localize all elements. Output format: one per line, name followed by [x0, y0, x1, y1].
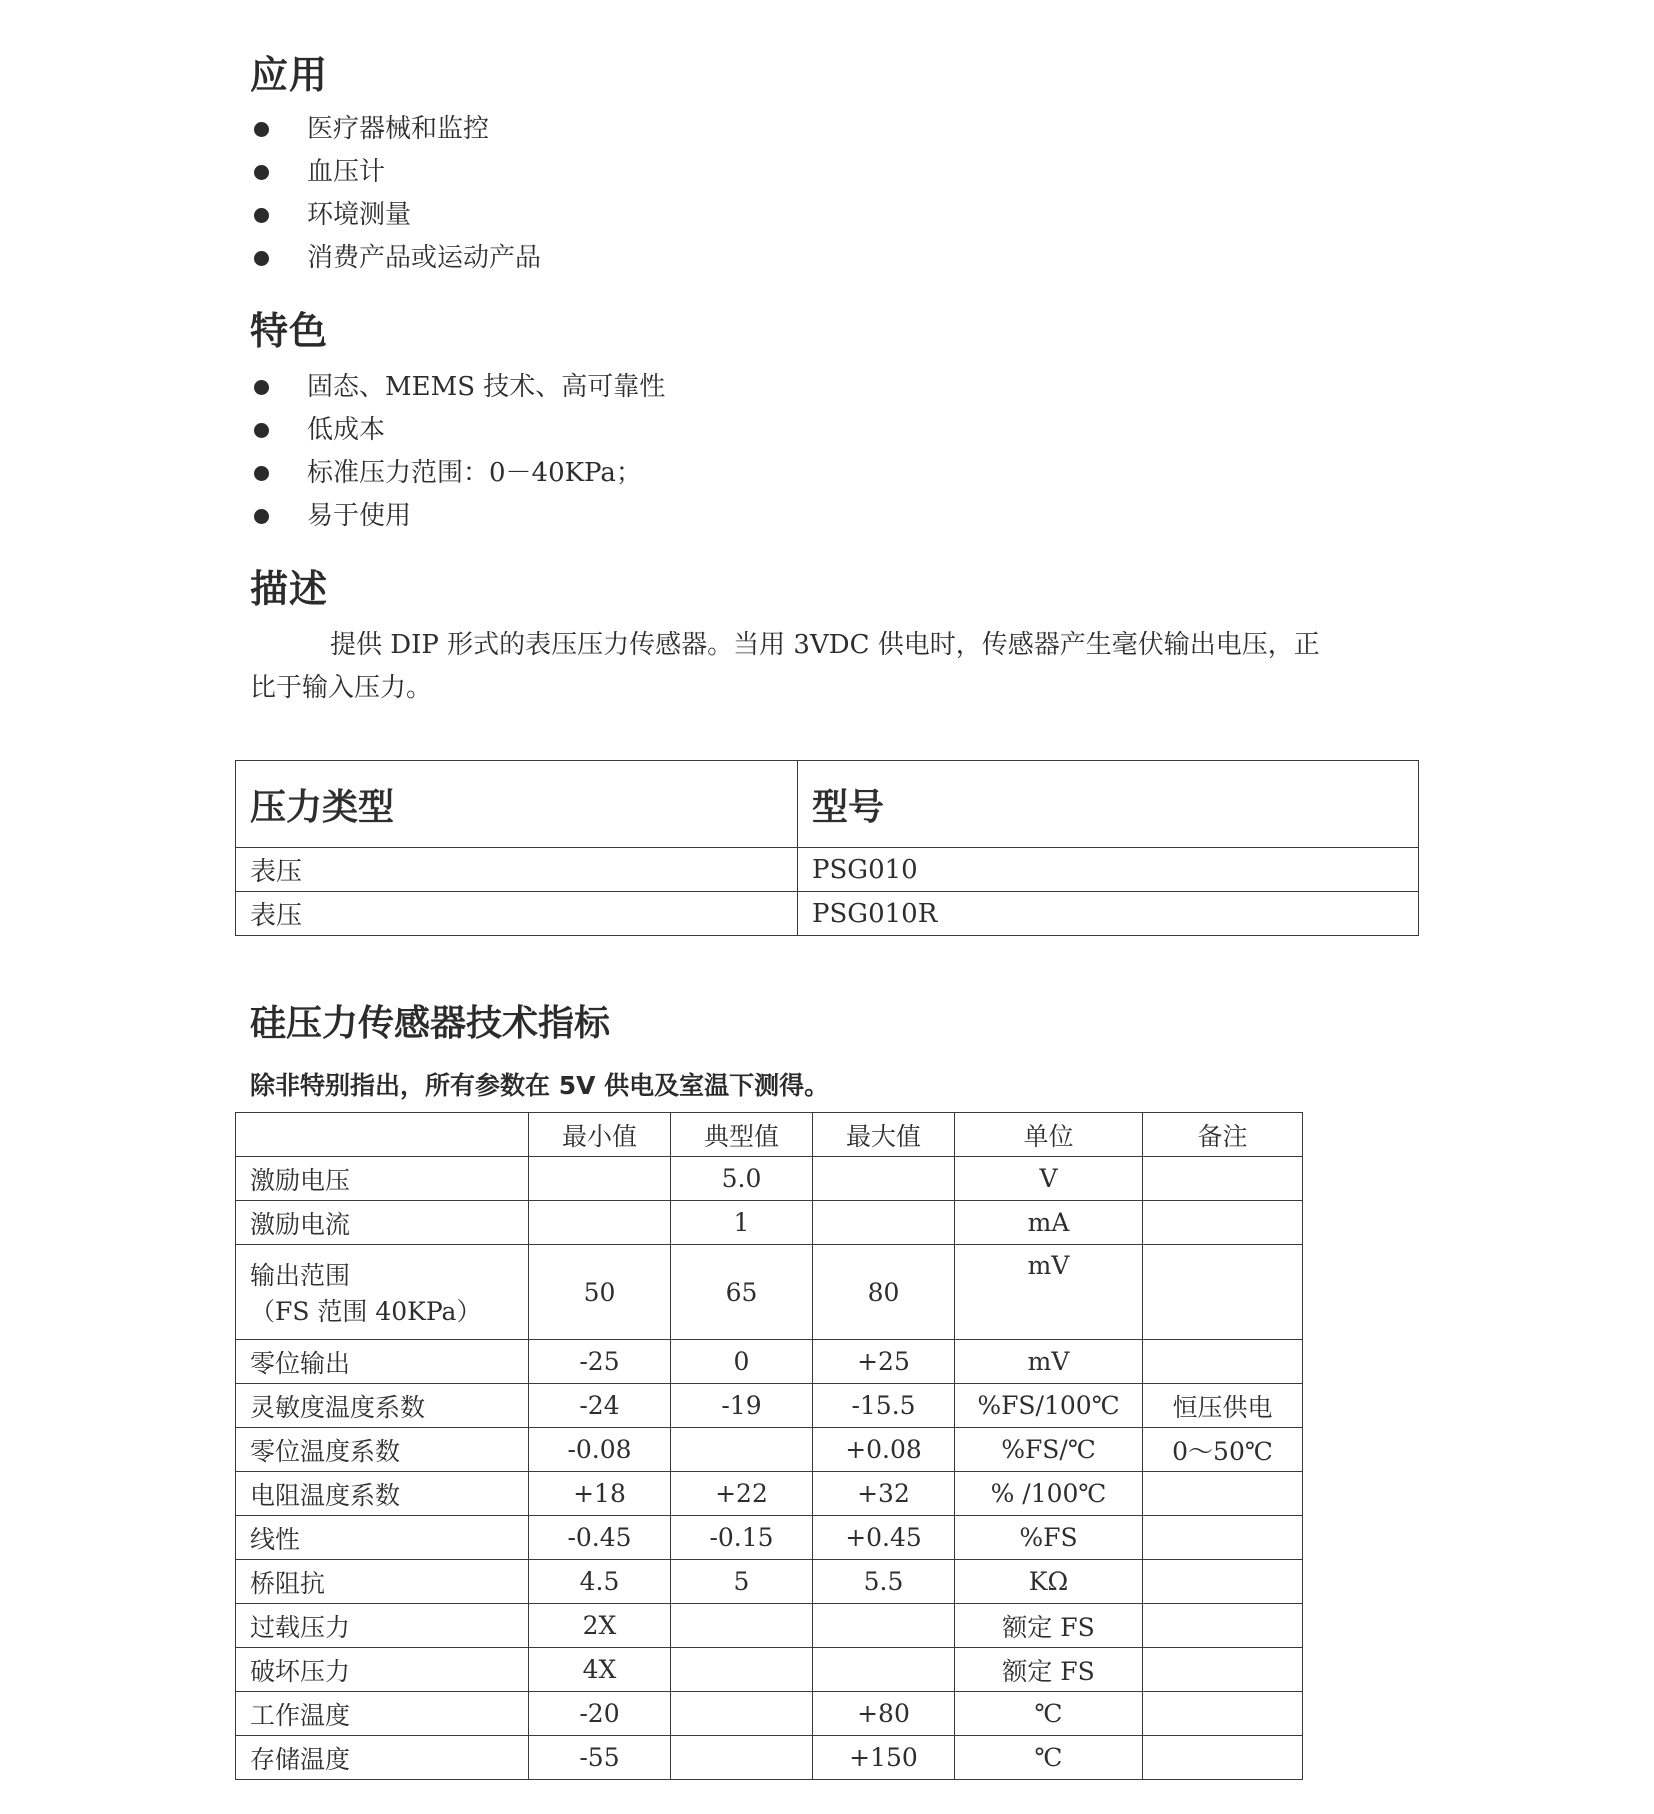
cell-max: +32 — [813, 1472, 955, 1516]
cell-min — [529, 1201, 671, 1245]
cell-typ — [671, 1648, 813, 1692]
parameter-name: 存储温度 — [250, 1745, 350, 1774]
cell-pressure-type: 表压 — [236, 892, 798, 936]
parameter-name: 电阻温度系数 — [250, 1481, 400, 1510]
cell-parameter: 过载压力 — [236, 1604, 529, 1648]
specs-title: 硅压力传感器技术指标 — [250, 995, 610, 1046]
list-item: 低成本 — [250, 409, 665, 452]
cell-remark — [1143, 1201, 1303, 1245]
cell-typ: -0.15 — [671, 1516, 813, 1560]
cell-model: PSG010R — [798, 892, 1419, 936]
bullet-icon — [254, 165, 269, 180]
cell-parameter: 存储温度 — [236, 1736, 529, 1780]
cell-typ: 5.0 — [671, 1157, 813, 1201]
table-row: 激励电压5.0V — [236, 1157, 1303, 1201]
cell-max — [813, 1648, 955, 1692]
cell-min: -25 — [529, 1340, 671, 1384]
cell-parameter: 输出范围（FS 范围 40KPa） — [236, 1245, 529, 1340]
table-row: 表压 PSG010R — [236, 892, 1419, 936]
applications-list: 医疗器械和监控 血压计 环境测量 消费产品或运动产品 — [250, 108, 541, 280]
cell-min: +18 — [529, 1472, 671, 1516]
cell-remark — [1143, 1472, 1303, 1516]
description-paragraph: 提供 DIP 形式的表压压力传感器。当用 3VDC 供电时，传感器产生毫伏输出电… — [250, 624, 1400, 710]
cell-parameter: 工作温度 — [236, 1692, 529, 1736]
list-item: 消费产品或运动产品 — [250, 237, 541, 280]
cell-min: -20 — [529, 1692, 671, 1736]
cell-remark — [1143, 1560, 1303, 1604]
cell-remark — [1143, 1340, 1303, 1384]
header-unit: 单位 — [955, 1113, 1143, 1157]
parameter-name: 灵敏度温度系数 — [250, 1393, 425, 1422]
cell-unit: ℃ — [955, 1736, 1143, 1780]
cell-unit: %FS — [955, 1516, 1143, 1560]
cell-unit: V — [955, 1157, 1143, 1201]
table-row: 零位输出-250+25mV — [236, 1340, 1303, 1384]
cell-remark: 0～50℃ — [1143, 1428, 1303, 1472]
cell-unit: mA — [955, 1201, 1143, 1245]
bullet-icon — [254, 509, 269, 524]
list-item: 标准压力范围：0－40KPa； — [250, 452, 665, 495]
cell-parameter: 零位输出 — [236, 1340, 529, 1384]
cell-max: +25 — [813, 1340, 955, 1384]
specs-table: 最小值 典型值 最大值 单位 备注 激励电压5.0V激励电流1mA输出范围（FS… — [235, 1112, 1303, 1780]
cell-remark — [1143, 1516, 1303, 1560]
cell-min: -0.45 — [529, 1516, 671, 1560]
parameter-name: 零位温度系数 — [250, 1437, 400, 1466]
list-item: 医疗器械和监控 — [250, 108, 541, 151]
cell-unit: %FS/℃ — [955, 1428, 1143, 1472]
header-max: 最大值 — [813, 1113, 955, 1157]
cell-max: +80 — [813, 1692, 955, 1736]
cell-typ: 0 — [671, 1340, 813, 1384]
cell-max: 5.5 — [813, 1560, 955, 1604]
cell-min: 2X — [529, 1604, 671, 1648]
cell-min — [529, 1157, 671, 1201]
cell-parameter: 零位温度系数 — [236, 1428, 529, 1472]
cell-typ: +22 — [671, 1472, 813, 1516]
cell-typ: 1 — [671, 1201, 813, 1245]
parameter-name: 激励电压 — [250, 1166, 350, 1195]
table-row: 破坏压力4X额定 FS — [236, 1648, 1303, 1692]
cell-pressure-type: 表压 — [236, 848, 798, 892]
cell-unit: 额定 FS — [955, 1604, 1143, 1648]
cell-typ — [671, 1604, 813, 1648]
cell-unit: mV — [955, 1340, 1143, 1384]
parameter-name: 破坏压力 — [250, 1657, 350, 1686]
cell-parameter: 线性 — [236, 1516, 529, 1560]
cell-min: -0.08 — [529, 1428, 671, 1472]
cell-max — [813, 1201, 955, 1245]
specs-body: 激励电压5.0V激励电流1mA输出范围（FS 范围 40KPa）506580mV… — [236, 1157, 1303, 1780]
cell-max: -15.5 — [813, 1384, 955, 1428]
table-row: 过载压力2X额定 FS — [236, 1604, 1303, 1648]
cell-min: -24 — [529, 1384, 671, 1428]
table-row: 存储温度-55+150℃ — [236, 1736, 1303, 1780]
table-row: 零位温度系数-0.08+0.08%FS/℃0～50℃ — [236, 1428, 1303, 1472]
applications-heading: 应用 — [250, 44, 328, 99]
cell-model: PSG010 — [798, 848, 1419, 892]
cell-remark — [1143, 1157, 1303, 1201]
cell-parameter: 激励电流 — [236, 1201, 529, 1245]
bullet-icon — [254, 466, 269, 481]
header-model: 型号 — [798, 761, 1419, 848]
cell-unit: mV — [955, 1245, 1143, 1340]
cell-parameter: 灵敏度温度系数 — [236, 1384, 529, 1428]
cell-typ — [671, 1428, 813, 1472]
cell-remark — [1143, 1736, 1303, 1780]
cell-typ — [671, 1736, 813, 1780]
cell-max — [813, 1604, 955, 1648]
parameter-name: 激励电流 — [250, 1210, 350, 1239]
cell-min: -55 — [529, 1736, 671, 1780]
bullet-icon — [254, 208, 269, 223]
cell-remark: 恒压供电 — [1143, 1384, 1303, 1428]
cell-remark — [1143, 1692, 1303, 1736]
cell-unit: KΩ — [955, 1560, 1143, 1604]
features-list: 固态、MEMS 技术、高可靠性 低成本 标准压力范围：0－40KPa； 易于使用 — [250, 366, 665, 538]
parameter-name: 线性 — [250, 1525, 300, 1554]
features-heading: 特色 — [250, 300, 328, 355]
cell-unit: % /100℃ — [955, 1472, 1143, 1516]
table-row: 输出范围（FS 范围 40KPa）506580mV — [236, 1245, 1303, 1340]
header-typ: 典型值 — [671, 1113, 813, 1157]
cell-max: +0.45 — [813, 1516, 955, 1560]
cell-unit: %FS/100℃ — [955, 1384, 1143, 1428]
table-row: 线性-0.45-0.15+0.45%FS — [236, 1516, 1303, 1560]
cell-typ — [671, 1692, 813, 1736]
list-item: 固态、MEMS 技术、高可靠性 — [250, 366, 665, 409]
cell-min: 4X — [529, 1648, 671, 1692]
bullet-icon — [254, 251, 269, 266]
description-line-1: 提供 DIP 形式的表压压力传感器。当用 3VDC 供电时，传感器产生毫伏输出电… — [250, 624, 1400, 667]
cell-remark — [1143, 1245, 1303, 1340]
table-row: 工作温度-20+80℃ — [236, 1692, 1303, 1736]
cell-max: 80 — [813, 1245, 955, 1340]
cell-max — [813, 1157, 955, 1201]
parameter-name: 工作温度 — [250, 1701, 350, 1730]
table-row: 电阻温度系数+18+22+32% /100℃ — [236, 1472, 1303, 1516]
cell-min: 50 — [529, 1245, 671, 1340]
description-line-2: 比于输入压力。 — [250, 667, 1400, 710]
cell-parameter: 破坏压力 — [236, 1648, 529, 1692]
table-header-row: 最小值 典型值 最大值 单位 备注 — [236, 1113, 1303, 1157]
list-item: 易于使用 — [250, 495, 665, 538]
cell-parameter: 激励电压 — [236, 1157, 529, 1201]
cell-parameter: 桥阻抗 — [236, 1560, 529, 1604]
table-row: 灵敏度温度系数-24-19-15.5%FS/100℃恒压供电 — [236, 1384, 1303, 1428]
parameter-name: 过载压力 — [250, 1613, 350, 1642]
cell-max: +0.08 — [813, 1428, 955, 1472]
specs-note: 除非特别指出，所有参数在 5V 供电及室温下测得。 — [250, 1066, 829, 1102]
header-parameter — [236, 1113, 529, 1157]
parameter-name: 零位输出 — [250, 1349, 350, 1378]
parameter-name-subline: （FS 范围 40KPa） — [250, 1292, 528, 1328]
header-pressure-type: 压力类型 — [236, 761, 798, 848]
description-heading: 描述 — [250, 558, 328, 613]
table-row: 表压 PSG010 — [236, 848, 1419, 892]
parameter-name: 桥阻抗 — [250, 1569, 325, 1598]
header-min: 最小值 — [529, 1113, 671, 1157]
cell-unit: 额定 FS — [955, 1648, 1143, 1692]
header-remark: 备注 — [1143, 1113, 1303, 1157]
bullet-icon — [254, 380, 269, 395]
parameter-name: 输出范围 — [250, 1261, 350, 1290]
cell-typ: 5 — [671, 1560, 813, 1604]
list-item: 环境测量 — [250, 194, 541, 237]
bullet-icon — [254, 423, 269, 438]
table-row: 激励电流1mA — [236, 1201, 1303, 1245]
cell-remark — [1143, 1648, 1303, 1692]
list-item: 血压计 — [250, 151, 541, 194]
cell-max: +150 — [813, 1736, 955, 1780]
cell-typ: 65 — [671, 1245, 813, 1340]
cell-typ: -19 — [671, 1384, 813, 1428]
models-table: 压力类型 型号 表压 PSG010 表压 PSG010R — [235, 760, 1419, 936]
bullet-icon — [254, 122, 269, 137]
cell-remark — [1143, 1604, 1303, 1648]
table-header-row: 压力类型 型号 — [236, 761, 1419, 848]
cell-min: 4.5 — [529, 1560, 671, 1604]
cell-unit: ℃ — [955, 1692, 1143, 1736]
cell-parameter: 电阻温度系数 — [236, 1472, 529, 1516]
table-row: 桥阻抗4.555.5KΩ — [236, 1560, 1303, 1604]
